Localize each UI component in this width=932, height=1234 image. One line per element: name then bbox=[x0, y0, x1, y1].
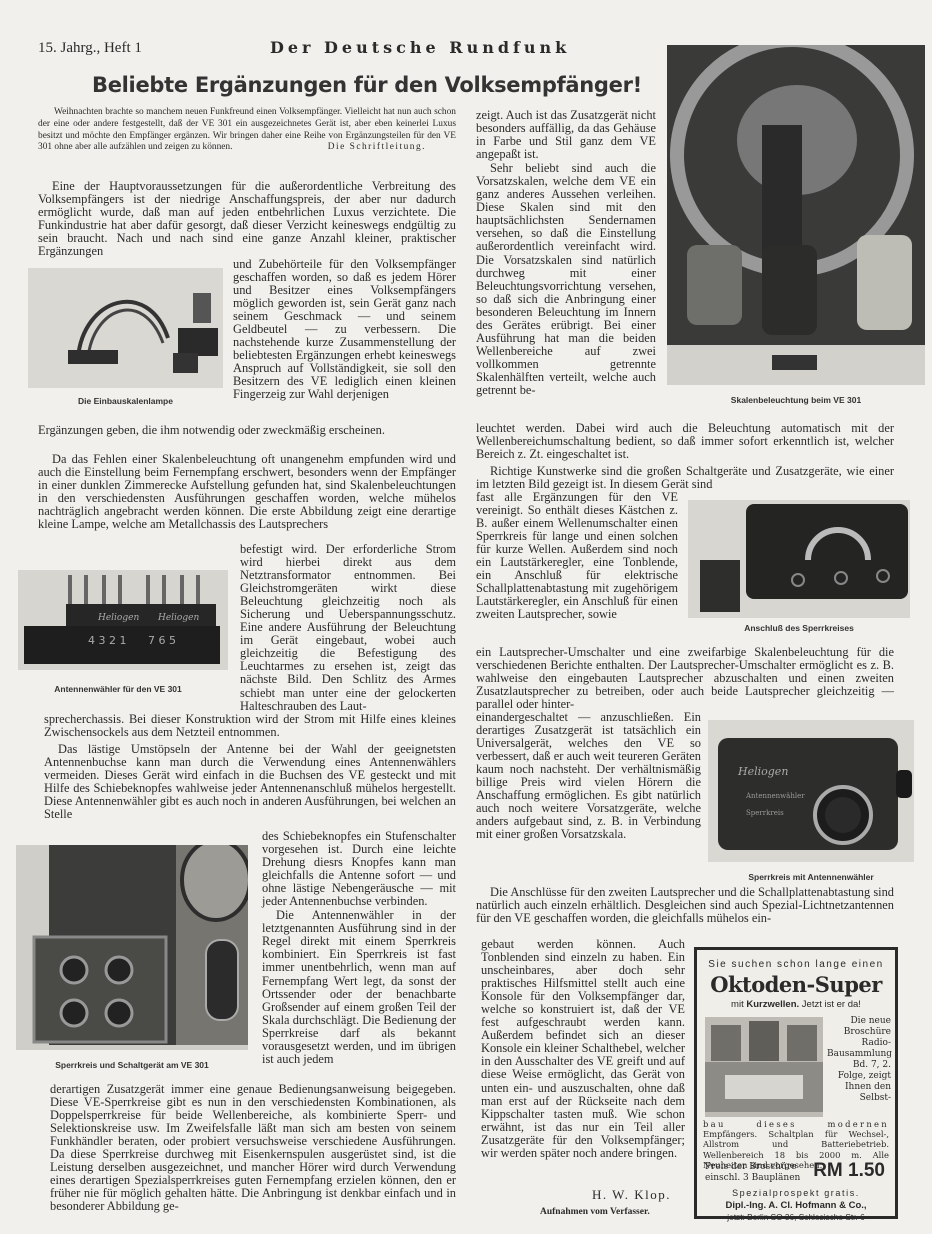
paragraph: Das lästige Umstöpseln der Antenne bei d… bbox=[44, 743, 456, 821]
paragraph: Die Anschlüsse für den zweiten Lautsprec… bbox=[476, 886, 894, 925]
paragraph: und Zubehörteile für den Volksempfänger … bbox=[233, 258, 456, 402]
radio-chassis-icon bbox=[667, 45, 925, 385]
left-p4-end: derartigen Zusatzgerät immer eine genaue… bbox=[50, 1083, 456, 1213]
figure-caption: Skalenbeleuchtung beim VE 301 bbox=[667, 395, 925, 405]
left-p2-top: Da das Fehlen einer Skalenbeleuchtung of… bbox=[38, 453, 456, 531]
figure-trap-connection-photo bbox=[688, 500, 910, 618]
article-intro: Weihnachten brachte so manchem neuen Fun… bbox=[38, 107, 456, 154]
paragraph: Sehr beliebt sind auch die Vorsatzskalen… bbox=[476, 162, 656, 397]
trap-antenna-selector-icon: Heliogen Antennenwähler Sperrkreis bbox=[708, 720, 914, 862]
ad-line3: mit Kurzwellen. Jetzt ist er da! bbox=[697, 999, 895, 1010]
paragraph: derartigen Zusatzgerät immer eine genaue… bbox=[50, 1083, 456, 1213]
paragraph: Die Antennenwähler in der letztgenannten… bbox=[262, 909, 456, 1066]
ad-firm: Dipl.-Ing. A. Cl. Hofmann & Co., bbox=[697, 1200, 895, 1211]
figure-antenna-selector-photo: Heliogen Heliogen 4 3 2 1 7 6 5 bbox=[18, 570, 228, 670]
left-p3-top: Das lästige Umstöpseln der Antenne bei d… bbox=[44, 743, 456, 821]
paragraph: Eine der Hauptvoraussetzungen für die au… bbox=[38, 180, 456, 258]
trap-circuit-icon bbox=[16, 845, 248, 1050]
left-p1-wrap: und Zubehörteile für den Volksempfänger … bbox=[233, 258, 456, 402]
svg-text:4 3 2 1: 4 3 2 1 bbox=[88, 634, 126, 647]
receiver-chassis-icon bbox=[705, 1017, 823, 1117]
figure-lamp-photo bbox=[28, 268, 223, 388]
issue-label: 15. Jahrg., Heft 1 bbox=[38, 40, 142, 57]
ad-special: Spezialprospekt gratis. bbox=[697, 1188, 895, 1198]
ad-line1: Sie suchen schon lange einen bbox=[697, 959, 895, 970]
ad-brochure: Die neue Broschüre Radio-Bausammlung Bd.… bbox=[827, 1016, 891, 1104]
right-p2-end: leuchtet werden. Dabei wird auch die Bel… bbox=[476, 422, 894, 461]
paragraph: ein Lautsprecher-Umschalter und eine zwe… bbox=[476, 646, 894, 711]
figure-caption: Sperrkreis und Schaltgerät am VE 301 bbox=[16, 1060, 248, 1070]
photo-credit: Aufnahmen vom Verfasser. bbox=[540, 1207, 650, 1217]
ad-address: jetzt: Berlin SO 36, Schlesische Str. 6 bbox=[697, 1212, 895, 1222]
paragraph: sprecherchassis. Bei dieser Konstruktion… bbox=[44, 713, 456, 739]
svg-text:Heliogen: Heliogen bbox=[737, 765, 788, 778]
ad-price: RM 1.50 bbox=[813, 1160, 885, 1182]
svg-text:Heliogen: Heliogen bbox=[97, 613, 139, 623]
paragraph: befestigt wird. Der erforderliche Strom … bbox=[240, 543, 456, 713]
paragraph: des Schiebeknopfes ein Stufenschalter vo… bbox=[262, 830, 456, 908]
ad-price-label: Preis der Broschüre einschl. 3 Bauplänen bbox=[705, 1162, 815, 1183]
paragraph: Richtige Kunstwerke sind die großen Scha… bbox=[476, 465, 894, 491]
paragraph: einandergeschaltet — anzuschließen. Ein … bbox=[476, 711, 701, 841]
left-p2-wrap: befestigt wird. Der erforderliche Strom … bbox=[240, 543, 456, 713]
left-p3-wrap: des Schiebeknopfes ein Stufenschalter vo… bbox=[262, 830, 456, 1066]
right-p3-mid: ein Lautsprecher-Umschalter und eine zwe… bbox=[476, 646, 894, 711]
right-p4-top: Die Anschlüsse für den zweiten Lautsprec… bbox=[476, 886, 894, 925]
article-title: Beliebte Ergänzungen für den Volksempfän… bbox=[92, 73, 472, 97]
svg-text:Heliogen: Heliogen bbox=[157, 613, 199, 623]
figure-caption: Antennenwähler für den VE 301 bbox=[18, 684, 218, 694]
paragraph: fast alle Ergänzungen für den VE vereini… bbox=[476, 491, 678, 621]
right-p3-wrap: fast alle Ergänzungen für den VE vereini… bbox=[476, 491, 678, 621]
svg-text:Sperrkreis: Sperrkreis bbox=[746, 809, 784, 817]
right-p1-cont: zeigt. Auch ist das Zusatzgerät nicht be… bbox=[476, 109, 656, 397]
paragraph: gebaut werden können. Auch Tonblenden si… bbox=[481, 938, 685, 1160]
article-author: H. W. Klop. bbox=[592, 1187, 671, 1203]
svg-text:Antennenwähler: Antennenwähler bbox=[745, 792, 805, 800]
figure-trap-antenna-selector-photo: Heliogen Antennenwähler Sperrkreis bbox=[708, 720, 914, 862]
paragraph: zeigt. Auch ist das Zusatzgerät nicht be… bbox=[476, 109, 656, 161]
intro-signature: Die Schriftleitung. bbox=[312, 142, 426, 154]
lamp-cable-icon bbox=[28, 268, 223, 388]
paragraph: leuchtet werden. Dabei wird auch die Bel… bbox=[476, 422, 894, 461]
antenna-selector-icon: Heliogen Heliogen 4 3 2 1 7 6 5 bbox=[18, 570, 228, 670]
advertisement-box: Sie suchen schon lange einen Oktoden-Sup… bbox=[694, 947, 898, 1219]
masthead: Der Deutsche Rundfunk bbox=[270, 38, 570, 57]
right-p4-wrap: gebaut werden können. Auch Tonblenden si… bbox=[481, 938, 685, 1160]
figure-dial-light-photo bbox=[667, 45, 925, 385]
right-p3-wrap2: einandergeschaltet — anzuschließen. Ein … bbox=[476, 711, 701, 841]
figure-caption: Die Einbauskalenlampe bbox=[28, 396, 223, 406]
paragraph: Ergänzungen geben, die ihm notwendig ode… bbox=[38, 424, 456, 437]
ad-headline: Oktoden-Super bbox=[697, 972, 895, 997]
figure-caption: Sperrkreis mit Antennenwähler bbox=[708, 872, 914, 882]
left-p1-end: Ergänzungen geben, die ihm notwendig ode… bbox=[38, 424, 456, 437]
right-p3-top: Richtige Kunstwerke sind die großen Scha… bbox=[476, 465, 894, 491]
figure-caption: Anschluß des Sperrkreises bbox=[688, 623, 910, 633]
receiver-chassis-photo bbox=[705, 1017, 823, 1117]
trap-connection-icon bbox=[688, 500, 910, 618]
left-p2-end: sprecherchassis. Bei dieser Konstruktion… bbox=[44, 713, 456, 739]
figure-trap-circuit-photo bbox=[16, 845, 248, 1050]
svg-text:7 6 5: 7 6 5 bbox=[148, 634, 176, 647]
left-p1-top: Eine der Hauptvoraussetzungen für die au… bbox=[38, 180, 456, 258]
paragraph: Da das Fehlen einer Skalenbeleuchtung of… bbox=[38, 453, 456, 531]
